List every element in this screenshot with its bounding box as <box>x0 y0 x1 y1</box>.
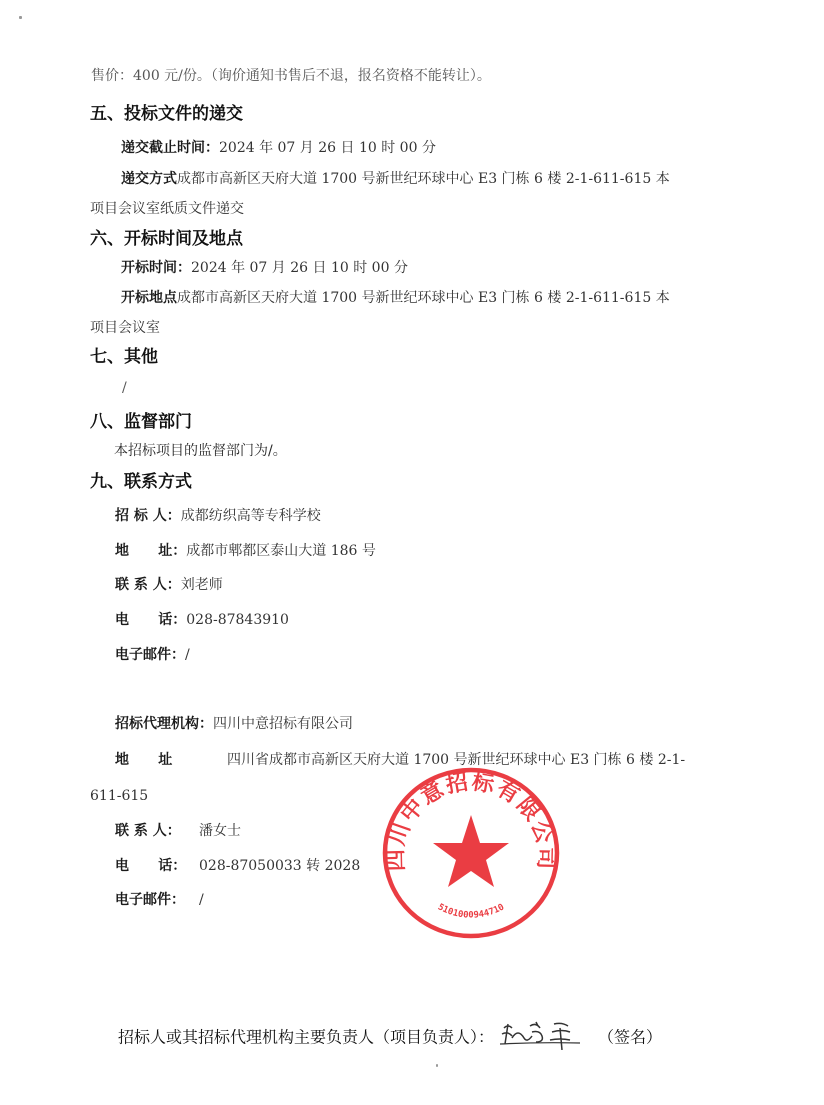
tenderer-contact-label: 联 系 人： <box>115 575 181 595</box>
opening-time-label: 开标时间： <box>121 260 191 276</box>
signature-suffix: （签名） <box>598 1028 662 1047</box>
tenderer-contact-value: 刘老师 <box>181 577 223 593</box>
agency-email-value: / <box>199 892 204 908</box>
agency-name-label: 招标代理机构： <box>115 714 213 734</box>
agency-email-label: 电子邮件： <box>115 890 199 910</box>
tenderer-address: 地 址：成都市郫都区泰山大道 186 号 <box>115 541 376 561</box>
opening-place-value: 成都市高新区天府大道 1700 号新世纪环球中心 E3 门栋 6 楼 2-1-6… <box>177 290 670 306</box>
opening-place-cont: 项目会议室 <box>90 318 160 338</box>
tenderer-name: 招 标 人：成都纺织高等专科学校 <box>115 506 321 526</box>
company-seal-stamp: 四川中意招标有限公司 5101000944710 <box>378 763 564 943</box>
agency-email: 电子邮件：/ <box>115 890 204 910</box>
signature-scribble-icon <box>496 1018 596 1050</box>
scan-artifact <box>19 16 22 19</box>
tenderer-name-label: 招 标 人： <box>115 506 181 526</box>
agency-name: 招标代理机构：四川中意招标有限公司 <box>115 714 353 734</box>
seal-code: 5101000944710 <box>436 902 506 920</box>
submission-method-label: 递交方式 <box>121 171 177 187</box>
scan-artifact <box>436 1064 438 1067</box>
section-6-heading: 六、开标时间及地点 <box>90 228 243 250</box>
price-label: 售价： <box>91 68 133 84</box>
price-value: 400 元/份。（询价通知书售后不退，报名资格不能转让）。 <box>133 68 491 84</box>
submission-method: 递交方式成都市高新区天府大道 1700 号新世纪环球中心 E3 门栋 6 楼 2… <box>121 169 670 189</box>
seal-star-icon <box>433 815 509 887</box>
submission-deadline-label: 递交截止时间： <box>121 140 219 156</box>
other-content: / <box>122 378 127 398</box>
agency-phone: 电 话：028-87050033 转 2028 <box>115 856 360 876</box>
tenderer-phone-label: 电 话： <box>115 610 186 630</box>
section-5-heading: 五、投标文件的递交 <box>90 103 243 125</box>
agency-address-label: 地 址 <box>115 750 227 770</box>
tenderer-name-value: 成都纺织高等专科学校 <box>181 508 321 524</box>
agency-address-cont: 611-615 <box>90 786 148 806</box>
section-9-heading: 九、联系方式 <box>90 471 192 493</box>
submission-method-cont: 项目会议室纸质文件递交 <box>90 199 244 219</box>
opening-time-value: 2024 年 07 月 26 日 10 时 00 分 <box>191 260 408 276</box>
opening-place-label: 开标地点 <box>121 290 177 306</box>
tenderer-email: 电子邮件：/ <box>115 645 190 665</box>
submission-deadline-value: 2024 年 07 月 26 日 10 时 00 分 <box>219 140 436 156</box>
opening-place: 开标地点成都市高新区天府大道 1700 号新世纪环球中心 E3 门栋 6 楼 2… <box>121 288 670 308</box>
tenderer-address-label: 地 址： <box>115 541 186 561</box>
section-7-heading: 七、其他 <box>90 346 158 368</box>
supervision-content: 本招标项目的监督部门为/。 <box>114 441 287 461</box>
submission-deadline: 递交截止时间：2024 年 07 月 26 日 10 时 00 分 <box>121 138 436 158</box>
tenderer-email-value: / <box>185 647 190 663</box>
tenderer-address-value: 成都市郫都区泰山大道 186 号 <box>186 543 376 559</box>
submission-method-value: 成都市高新区天府大道 1700 号新世纪环球中心 E3 门栋 6 楼 2-1-6… <box>177 171 670 187</box>
agency-phone-label: 电 话： <box>115 856 199 876</box>
price-line: 售价：400 元/份。（询价通知书售后不退，报名资格不能转让）。 <box>91 66 491 86</box>
document-page: 售价：400 元/份。（询价通知书售后不退，报名资格不能转让）。 五、投标文件的… <box>0 0 824 1105</box>
agency-contact-label: 联 系 人： <box>115 821 199 841</box>
tenderer-contact: 联 系 人：刘老师 <box>115 575 223 595</box>
tenderer-phone-value: 028-87843910 <box>186 612 289 628</box>
opening-time: 开标时间：2024 年 07 月 26 日 10 时 00 分 <box>121 258 408 278</box>
tenderer-email-label: 电子邮件： <box>115 645 185 665</box>
tenderer-phone: 电 话：028-87843910 <box>115 610 289 630</box>
section-8-heading: 八、监督部门 <box>90 411 192 433</box>
agency-contact: 联 系 人：潘女士 <box>115 821 241 841</box>
agency-contact-value: 潘女士 <box>199 823 241 839</box>
signature-line: 招标人或其招标代理机构主要负责人（项目负责人）： 潘家萍 （签名） <box>118 1024 662 1052</box>
signature-prefix: 招标人或其招标代理机构主要负责人（项目负责人）： <box>118 1028 494 1047</box>
agency-phone-value: 028-87050033 转 2028 <box>199 858 360 874</box>
agency-name-value: 四川中意招标有限公司 <box>213 716 353 732</box>
handwritten-signature: 潘家萍 <box>496 1024 596 1052</box>
